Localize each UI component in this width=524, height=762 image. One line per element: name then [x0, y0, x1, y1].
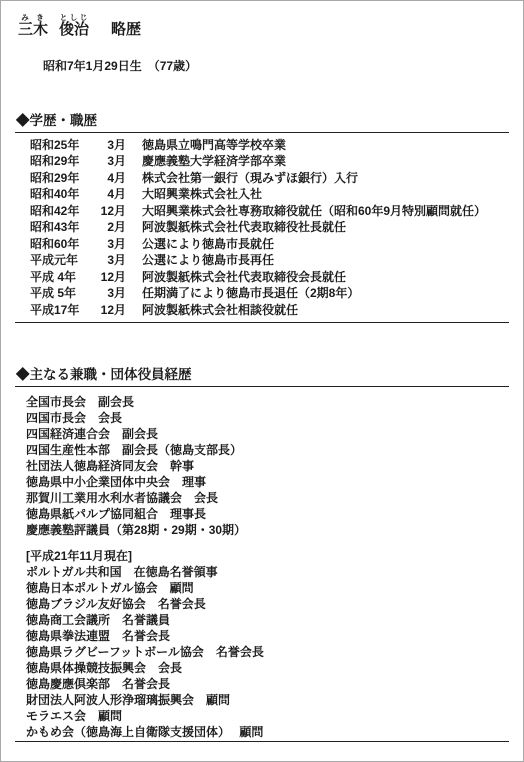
role-item: 四国経済連合会 副会長 [1, 426, 523, 442]
role-item: 徳島日本ポルトガル協会 顧問 [1, 580, 523, 596]
career-month: 4月 [88, 186, 126, 203]
career-month: 3月 [88, 137, 126, 154]
career-month: 4月 [88, 170, 126, 187]
role-item: [平成21年11月現在] [1, 548, 523, 564]
role-item: 全国市長会 副会長 [1, 394, 523, 410]
family-name-furigana: みき [18, 13, 48, 22]
career-description: 阿波製紙株式会社代表取締役会長就任 [126, 269, 523, 286]
role-item: 徳島県紙パルプ協同組合 理事長 [1, 506, 523, 522]
career-description: 徳島県立鳴門高等学校卒業 [126, 137, 523, 154]
family-name-ruby: 三木みき [18, 13, 48, 39]
role-item [1, 538, 523, 548]
section-heading-career: ◆学歴・職歴 [15, 113, 509, 133]
role-item: かもめ会（徳島海上自衛隊支援団体） 顧問 [1, 724, 523, 740]
career-year: 昭和25年 [30, 137, 88, 154]
role-item: 社団法人徳島経済同友会 幹事 [1, 458, 523, 474]
career-row: 昭和25年 3月 徳島県立鳴門高等学校卒業 [1, 137, 523, 154]
section-heading-roles: ◆主なる兼職・団体役員経歴 [15, 367, 509, 387]
title-suffix: 略歴 [111, 22, 141, 39]
role-item: 徳島慶應倶楽部 名誉会長 [1, 676, 523, 692]
career-year: 昭和29年 [30, 170, 88, 187]
career-year: 平成 4年 [30, 269, 88, 286]
bottom-rule [15, 741, 509, 742]
header-block: 三木みき 俊治としじ 略歴 昭和7年1月29日生 （77歳） [18, 13, 523, 73]
career-row: 昭和40年 4月 大昭興業株式会社入社 [1, 186, 523, 203]
career-year: 昭和60年 [30, 236, 88, 253]
role-item: 徳島県体操競技振興会 会長 [1, 660, 523, 676]
role-item: 四国市長会 会長 [1, 410, 523, 426]
career-year: 平成17年 [30, 302, 88, 319]
career-row: 昭和29年 3月 慶應義塾大学経済学部卒業 [1, 153, 523, 170]
role-item: モラエス会 顧問 [1, 708, 523, 724]
career-year: 昭和29年 [30, 153, 88, 170]
career-row: 昭和42年 12月 大昭興業株式会社専務取締役就任（昭和60年9月特別顧問就任） [1, 203, 523, 220]
role-item: 徳島商工会議所 名誉議員 [1, 612, 523, 628]
career-year: 昭和43年 [30, 219, 88, 236]
career-year: 昭和42年 [30, 203, 88, 220]
birth-date: 昭和7年1月29日生 （77歳） [43, 59, 523, 73]
career-month: 12月 [88, 203, 126, 220]
career-month: 3月 [88, 252, 126, 269]
career-rows: 昭和25年 3月 徳島県立鳴門高等学校卒業 昭和29年 3月 慶應義塾大学経済学… [1, 137, 523, 319]
role-item: ポルトガル共和国 在徳島名誉領事 [1, 564, 523, 580]
career-row: 平成 5年 3月 任期満了により徳島市長退任（2期8年） [1, 285, 523, 302]
page-title: 三木みき 俊治としじ 略歴 [18, 13, 523, 39]
career-row: 平成元年 3月 公選により徳島市長再任 [1, 252, 523, 269]
career-description: 慶應義塾大学経済学部卒業 [126, 153, 523, 170]
role-items: 全国市長会 副会長 四国市長会 会長 四国経済連合会 副会長 四国生産性本部 副… [1, 394, 523, 740]
family-name: 三木 [18, 21, 48, 38]
role-item: 財団法人阿波人形浄瑠璃振興会 顧問 [1, 692, 523, 708]
career-year: 平成 5年 [30, 285, 88, 302]
career-year: 昭和40年 [30, 186, 88, 203]
role-item: 徳島県拳法連盟 名誉会長 [1, 628, 523, 644]
career-month: 3月 [88, 153, 126, 170]
career-description: 任期満了により徳島市長退任（2期8年） [126, 285, 523, 302]
role-item: 四国生産性本部 副会長（徳島支部長） [1, 442, 523, 458]
career-year: 平成元年 [30, 252, 88, 269]
career-row: 昭和43年 2月 阿波製紙株式会社代表取締役社長就任 [1, 219, 523, 236]
given-name: 俊治 [59, 21, 89, 38]
career-month: 12月 [88, 302, 126, 319]
role-item: 慶應義塾評議員（第28期・29期・30期） [1, 522, 523, 538]
career-description: 株式会社第一銀行（現みずほ銀行）入行 [126, 170, 523, 187]
career-description: 大昭興業株式会社入社 [126, 186, 523, 203]
role-item: 徳島県ラグビーフットボール協会 名誉会長 [1, 644, 523, 660]
career-description: 大昭興業株式会社専務取締役就任（昭和60年9月特別顧問就任） [126, 203, 523, 220]
career-month: 12月 [88, 269, 126, 286]
career-month: 3月 [88, 285, 126, 302]
career-row: 昭和29年 4月 株式会社第一銀行（現みずほ銀行）入行 [1, 170, 523, 187]
career-description: 阿波製紙株式会社相談役就任 [126, 302, 523, 319]
career-row: 平成 4年 12月 阿波製紙株式会社代表取締役会長就任 [1, 269, 523, 286]
career-description: 公選により徳島市長就任 [126, 236, 523, 253]
career-description: 公選により徳島市長再任 [126, 252, 523, 269]
given-name-furigana: としじ [59, 13, 89, 22]
section-divider [15, 322, 509, 323]
resume-page: 三木みき 俊治としじ 略歴 昭和7年1月29日生 （77歳） ◆学歴・職歴 昭和… [0, 0, 524, 762]
career-month: 2月 [88, 219, 126, 236]
career-row: 昭和60年 3月 公選により徳島市長就任 [1, 236, 523, 253]
career-row: 平成17年 12月 阿波製紙株式会社相談役就任 [1, 302, 523, 319]
role-item: 徳島ブラジル友好協会 名誉会長 [1, 596, 523, 612]
role-item: 那賀川工業用水利水者協議会 会長 [1, 490, 523, 506]
role-item: 徳島県中小企業団体中央会 理事 [1, 474, 523, 490]
career-description: 阿波製紙株式会社代表取締役社長就任 [126, 219, 523, 236]
career-month: 3月 [88, 236, 126, 253]
given-name-ruby: 俊治としじ [59, 13, 89, 39]
